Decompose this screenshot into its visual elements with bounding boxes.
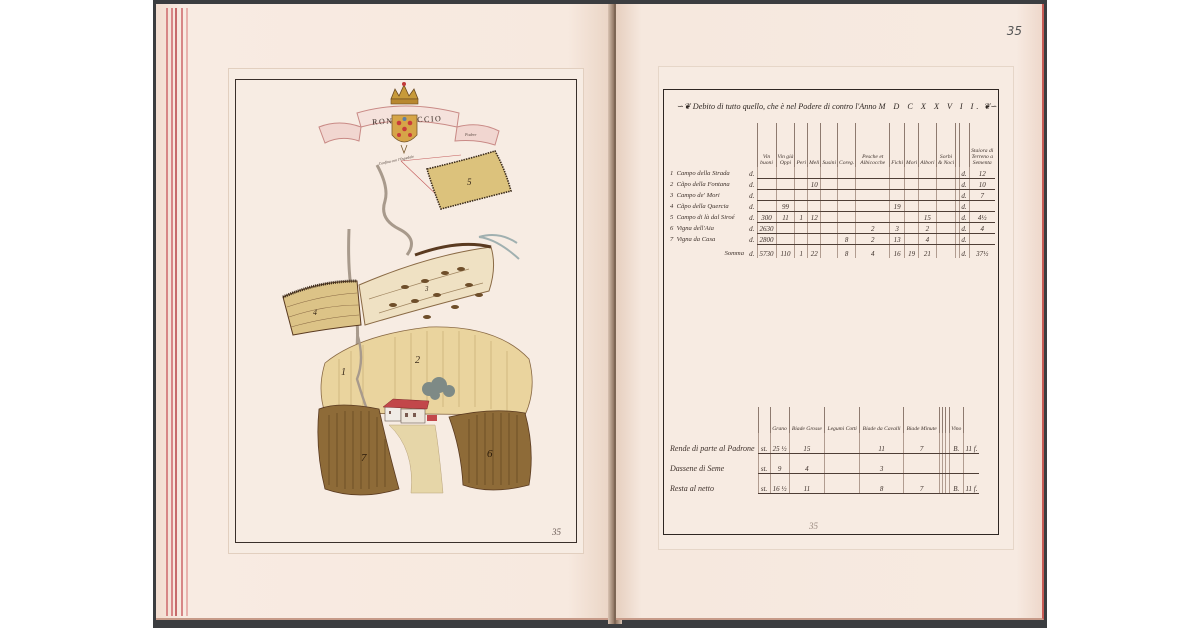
folio-number: 35: [1007, 24, 1022, 38]
table-row: Dassene di Seme st. 943: [669, 453, 979, 473]
svg-text:5: 5: [467, 177, 472, 187]
table-row: 7 Vigna da Casa d. 280082134 d.: [669, 233, 995, 244]
table-row: 6 Vigna dell'Aia d. 2630232 d.4: [669, 222, 995, 233]
harvest-ledger-table: Grano Biade Grosse Legumi Cotti Biade da…: [669, 407, 979, 494]
left-page: RONCATICCIO Podere Confina con l'Ospedal…: [156, 4, 614, 620]
ledger-plate-number: 35: [809, 521, 818, 531]
harvest-header-row: Grano Biade Grosse Legumi Cotti Biade da…: [669, 407, 979, 433]
svg-text:6: 6: [487, 448, 493, 460]
svg-text:4: 4: [313, 308, 317, 317]
table-row: 2 Cãpo della Fontana d. 10 d.10: [669, 178, 995, 189]
svg-text:7: 7: [361, 452, 367, 464]
ledger-plate: ∽❦ Debito di tutto quello, che è nel Pod…: [658, 66, 1014, 550]
svg-text:1: 1: [341, 367, 346, 378]
svg-text:2: 2: [415, 355, 420, 366]
total-row: Somma d. 573011012284161921 d.37½: [669, 244, 995, 258]
table-row: 1 Campo della Strada d. d.12: [669, 167, 995, 178]
right-page: 35 ∽❦ Debito di tutto quello, che è nel …: [616, 4, 1044, 620]
trees-ledger-table: Vin buoni Vin già Oppi Peri Meli Susini …: [669, 123, 995, 258]
table-row: Rende di parte al Padrone st. 25 ½15117B…: [669, 433, 979, 453]
coat-of-arms-icon: [392, 115, 417, 153]
svg-text:3: 3: [424, 285, 429, 293]
flourish-right-icon: ❦∽: [984, 102, 998, 111]
table-row: 5 Campo di là dal Siroé d. 3001111215 d.…: [669, 211, 995, 222]
estate-map-drawing: RONCATICCIO Podere Confina con l'Ospedal…: [229, 69, 585, 555]
crown-icon: [391, 82, 418, 104]
table-row: 3 Campo de' Mori d. d.7: [669, 189, 995, 200]
flourish-left-icon: ∽❦: [677, 102, 693, 111]
table-row: Resta al netto st. 16 ½1187B.11 f.: [669, 473, 979, 493]
plate-number: 35: [552, 527, 561, 537]
parcel-4: [283, 281, 361, 335]
ledger-title: ∽❦ Debito di tutto quello, che è nel Pod…: [677, 101, 997, 111]
map-plate: RONCATICCIO Podere Confina con l'Ospedal…: [228, 68, 584, 554]
ledger-header-row: Vin buoni Vin già Oppi Peri Meli Susini …: [669, 123, 995, 167]
page-edges-red: [160, 8, 188, 616]
open-book: RONCATICCIO Podere Confina con l'Ospedal…: [156, 4, 1044, 624]
svg-text:Podere: Podere: [464, 132, 477, 137]
table-row: 4 Cãpo della Quercia d. 9919 d.: [669, 200, 995, 211]
